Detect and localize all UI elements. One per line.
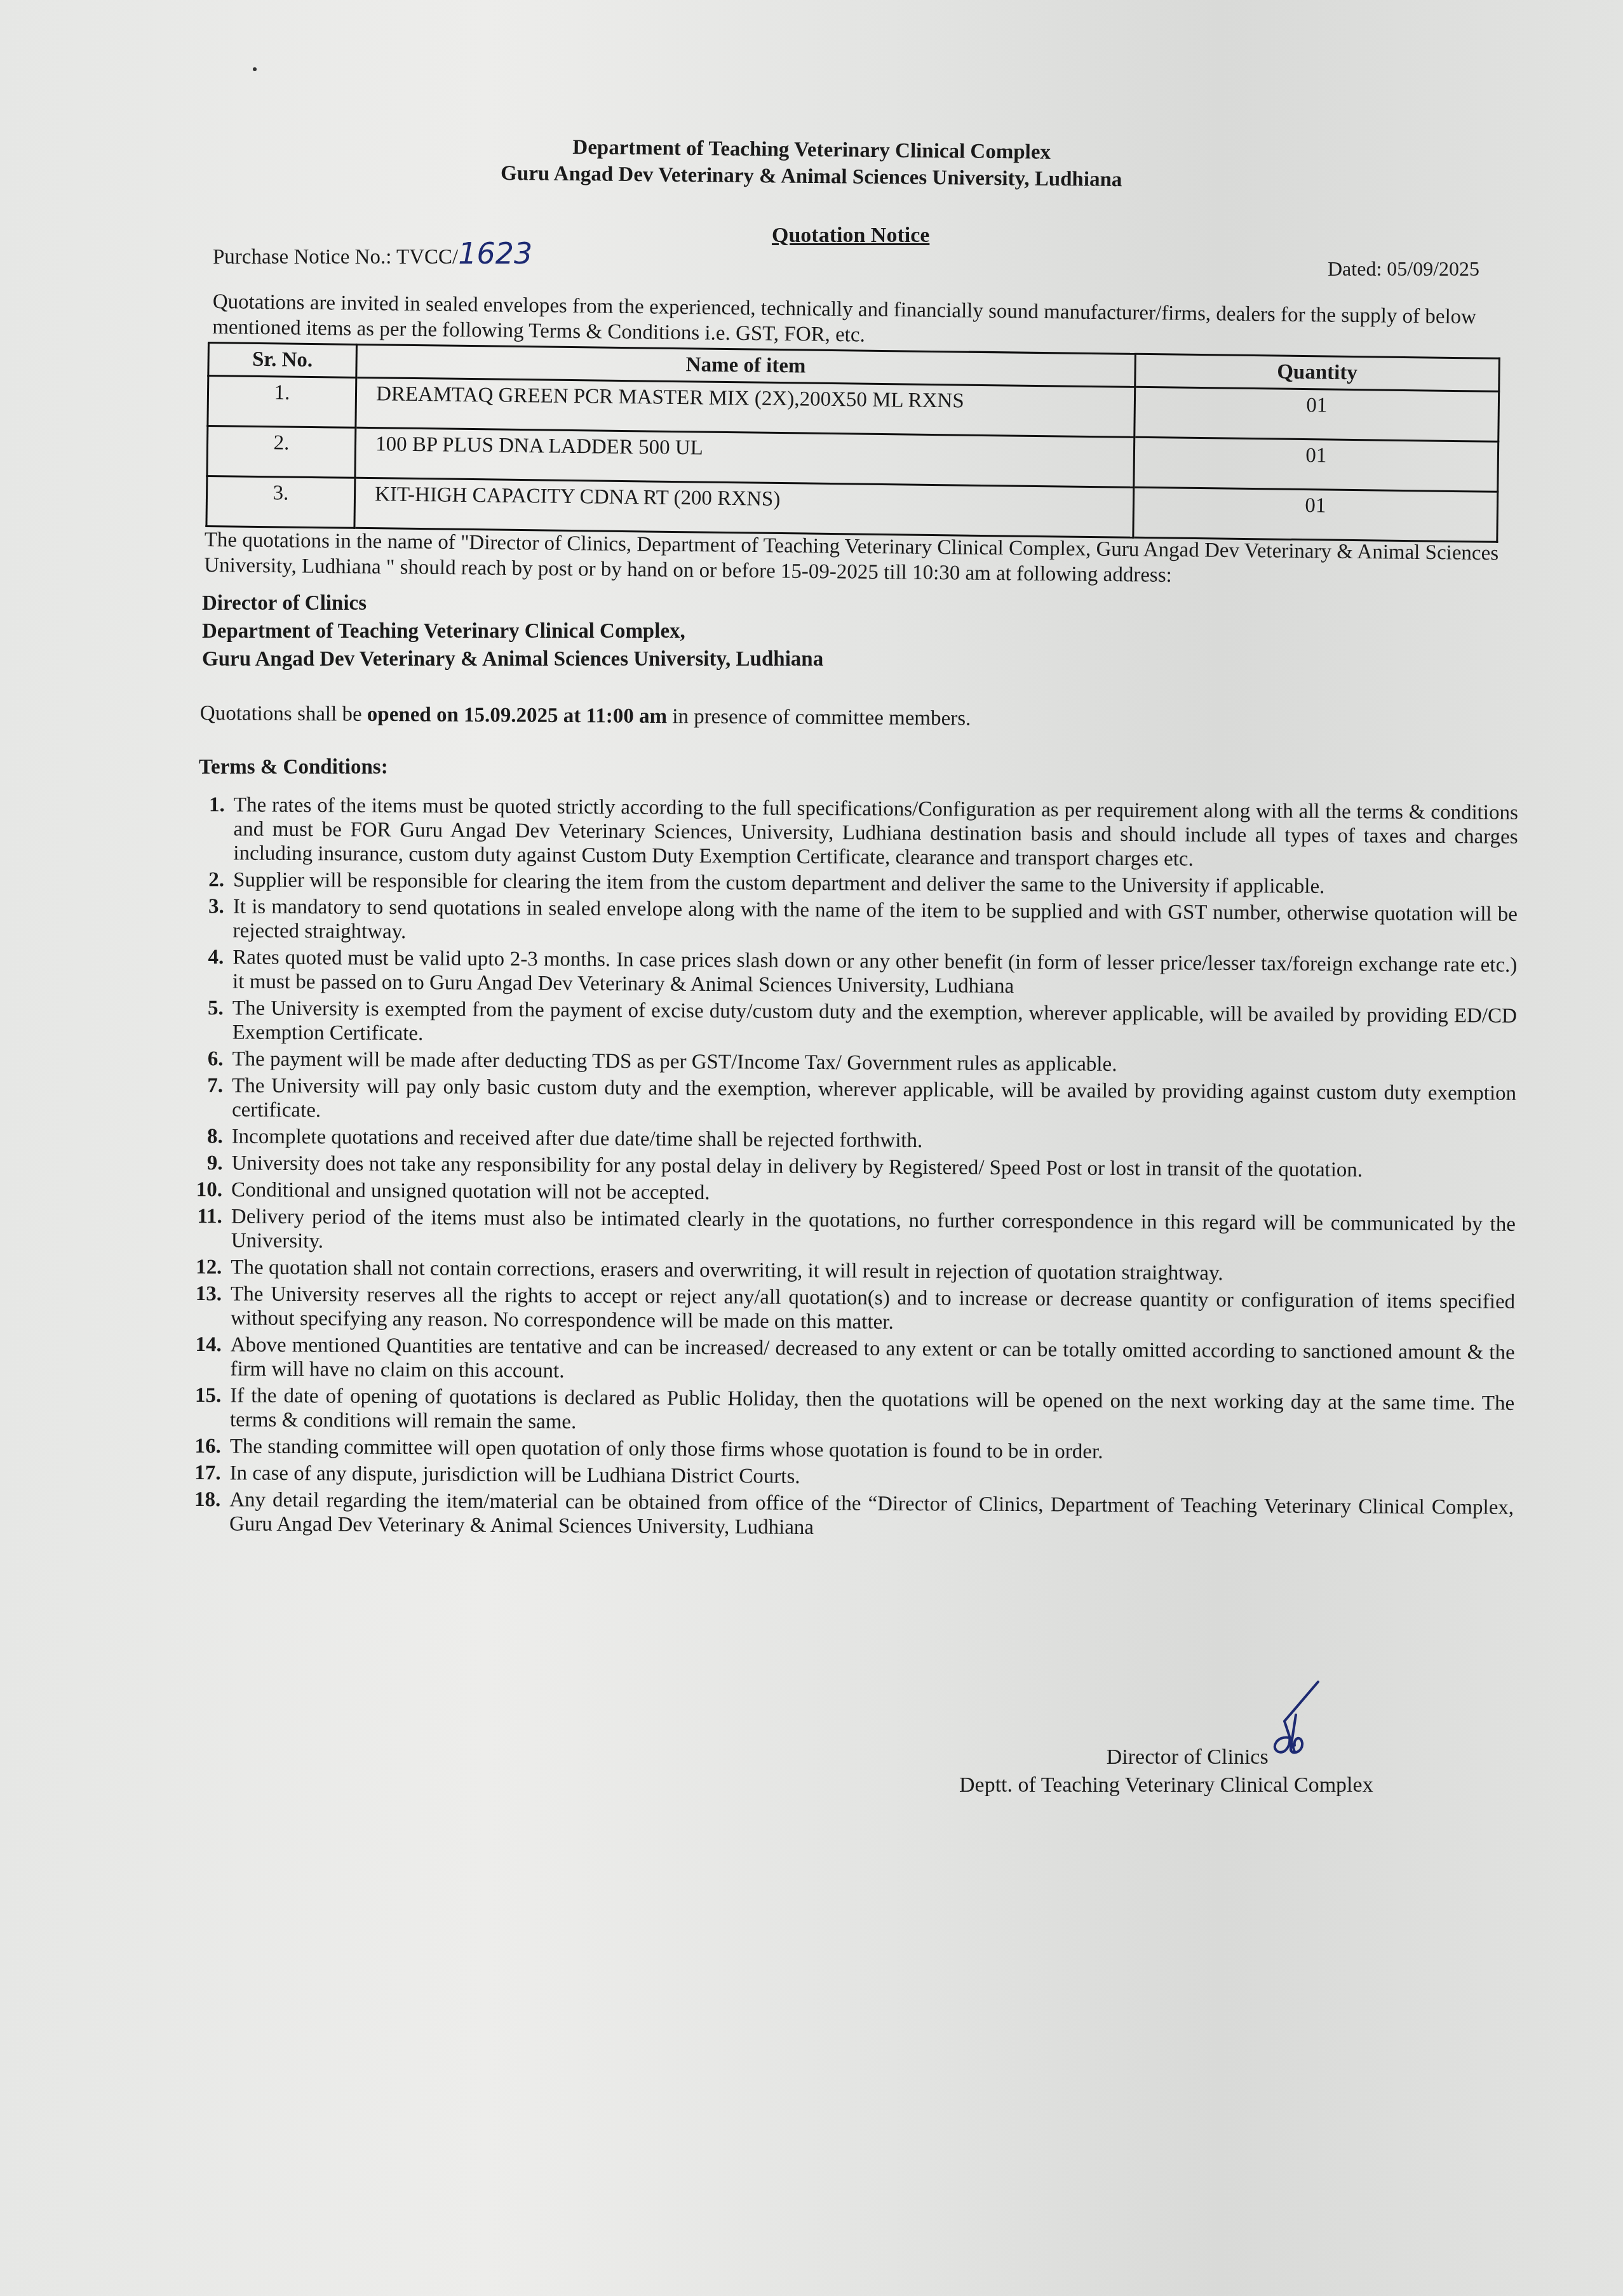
col-quantity: Quantity [1135,354,1500,391]
term-text: The University is exempted from the paym… [232,996,1517,1052]
term-text: Rates quoted must be valid upto 2-3 mont… [232,945,1517,1001]
row-qty: 01 [1134,437,1498,492]
term-text: Above mentioned Quantities are tentative… [230,1333,1514,1388]
address-line-1: Director of Clinics [202,589,823,617]
term-text: Incomplete quotations and received after… [232,1124,1516,1156]
row-item: DREAMTAQ GREEN PCR MASTER MIX (2X),200X5… [356,377,1135,437]
document-header: Department of Teaching Veterinary Clinic… [0,128,1623,199]
signatory-department: Deptt. of Teaching Veterinary Clinical C… [959,1771,1373,1799]
row-item: 100 BP PLUS DNA LADDER 500 UL [355,427,1135,487]
row-sr: 1. [208,376,356,428]
signatory-title: Director of Clinics [959,1743,1373,1771]
term-number: 1. [184,793,234,865]
term-number: 17. [180,1461,229,1485]
term-text: If the date of opening of quotations is … [230,1383,1514,1439]
term-number: 16. [180,1434,230,1458]
row-qty: 01 [1133,487,1498,542]
term-item: 3.It is mandatory to send quotations in … [184,894,1518,951]
items-table: Sr. No. Name of item Quantity 1. DREAMTA… [205,342,1500,543]
term-text: In case of any dispute, jurisdiction wil… [229,1461,1514,1493]
term-text: The payment will be made after deducting… [232,1047,1516,1078]
term-number: 3. [184,894,233,943]
term-number: 11. [182,1204,231,1252]
term-item: 13.The University reserves all the right… [181,1282,1515,1338]
terms-list: 1.The rates of the items must be quoted … [180,793,1518,1547]
term-text: The standing committee will open quotati… [230,1434,1514,1466]
purchase-notice-number: Purchase Notice No.: TVCC/1623 [213,236,532,271]
term-text: It is mandatory to send quotations in se… [233,894,1518,950]
term-number: 15. [180,1383,230,1432]
term-number: 12. [181,1255,231,1279]
page-title: Quotation Notice [772,224,929,248]
col-sr-no: Sr. No. [208,343,357,378]
term-text: University does not take any responsibil… [231,1151,1516,1183]
opening-date-time: opened on 15.09.2025 at 11:00 am [367,703,667,728]
term-item: 7.The University will pay only basic cus… [182,1073,1516,1130]
row-sr: 2. [207,426,356,478]
terms-heading: Terms & Conditions: [199,756,388,779]
signature-block: Director of Clinics Deptt. of Teaching V… [959,1743,1373,1799]
document-page: Department of Teaching Veterinary Clinic… [0,0,1623,2296]
term-text: Conditional and unsigned quotation will … [231,1178,1516,1209]
term-text: The quotation shall not contain correcti… [231,1255,1515,1287]
term-number: 10. [182,1178,231,1202]
term-number: 13. [181,1282,231,1330]
opening-suffix: in presence of committee members. [667,705,971,730]
term-number: 6. [182,1047,232,1071]
row-item: KIT-HIGH CAPACITY CDNA RT (200 RXNS) [354,478,1134,537]
notice-label: Purchase Notice No.: TVCC/ [213,246,458,269]
term-item: 15.If the date of opening of quotations … [180,1383,1514,1440]
term-text: Supplier will be responsible for clearin… [233,868,1518,899]
term-text: Any detail regarding the item/material c… [229,1487,1514,1543]
opening-statement: Quotations shall be opened on 15.09.2025… [200,702,971,730]
term-item: 4.Rates quoted must be valid upto 2-3 mo… [183,945,1517,1002]
opening-prefix: Quotations shall be [200,702,367,726]
address-line-2: Department of Teaching Veterinary Clinic… [202,617,823,645]
term-item: 5.The University is exempted from the pa… [183,996,1517,1052]
notice-date: Dated: 05/09/2025 [1328,257,1479,281]
term-number: 5. [183,996,232,1044]
address-line-3: Guru Angad Dev Veterinary & Animal Scien… [202,645,823,673]
term-number: 18. [180,1487,229,1536]
term-item: 1.The rates of the items must be quoted … [184,793,1518,873]
row-qty: 01 [1135,387,1499,441]
term-number: 4. [183,945,232,993]
term-number: 2. [184,868,233,892]
term-item: 11.Delivery period of the items must als… [182,1204,1516,1261]
term-item: 14.Above mentioned Quantities are tentat… [180,1333,1514,1389]
row-sr: 3. [206,476,355,528]
term-item: 18.Any detail regarding the item/materia… [180,1487,1514,1544]
term-number: 9. [182,1151,231,1175]
term-number: 14. [180,1333,230,1381]
speck [253,67,257,71]
term-text: Delivery period of the items must also b… [231,1204,1516,1260]
term-text: The University reserves all the rights t… [231,1282,1515,1338]
term-number: 8. [182,1124,232,1148]
address-block: Director of Clinics Department of Teachi… [202,589,823,673]
term-text: The rates of the items must be quoted st… [233,793,1518,873]
term-number: 7. [182,1073,232,1122]
term-text: The University will pay only basic custo… [232,1073,1516,1129]
handwritten-number: 1623 [458,236,532,271]
